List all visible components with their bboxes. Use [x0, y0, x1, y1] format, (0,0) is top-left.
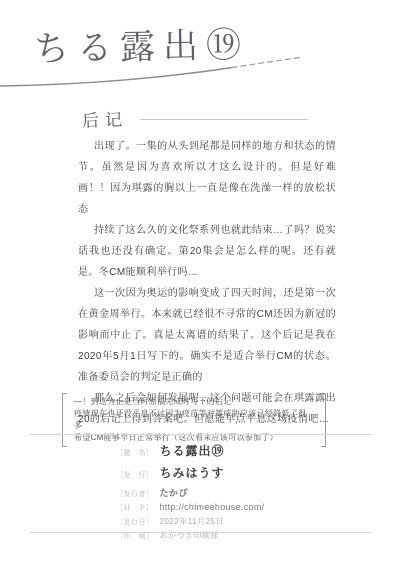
colophon-bottom-rule [30, 532, 372, 533]
colophon-label-date: ［发行日］ [116, 517, 154, 527]
heading-rule [140, 119, 308, 120]
note-line-2: 疫情现在也还没平息不过因为疫苗等对策威胁应该已经降低了很多 [74, 408, 314, 432]
colophon-value-homepage-url: http://chimeehouse.com/ [154, 502, 265, 512]
colophon-row-publisher: ［发 行］ ちみはうす [116, 464, 376, 481]
colophon-value-author: たかぴ [154, 486, 189, 499]
afterword-paragraph-3: 这一次因为奥运的影响变成了四天时间，还是第一次在黄金周举行。本来就已经很不寻常的… [78, 283, 336, 388]
colophon-label-author: ［发行者］ [116, 489, 154, 499]
colophon-label-title: ［题 名］ [116, 448, 154, 458]
note-line-1: —！到这为止是当时原稿完成时写下的后记 [74, 396, 314, 408]
update-note: —！到这为止是当时原稿完成时写下的后记 疫情现在也还没平息不过因为疫苗等对策威胁… [62, 393, 326, 447]
afterword-body: 出现了。一集的从头到尾都是同样的地方和状态的情节。虽然是因为喜欢所以才这么设计的… [78, 136, 336, 430]
hand-drawn-underline-icon [0, 50, 320, 95]
colophon-label-publisher: ［发 行］ [116, 470, 154, 480]
note-open-bracket [62, 393, 67, 447]
afterword-heading-row: 后记 [82, 106, 322, 132]
colophon-value-title: ちる露出⑲ [154, 442, 225, 459]
colophon-label-homepage: ［Ｈ Ｐ］ [116, 503, 154, 513]
colophon-row-date: ［发行日］ 2022年11月25日 [116, 516, 376, 527]
colophon-rows: ［题 名］ ちる露出⑲ ［发 行］ ちみはうす ［发行者］ たかぴ ［Ｈ Ｐ］ … [116, 442, 376, 544]
title-block: ちる露出⑲ [0, 0, 400, 100]
colophon-top-rule [30, 434, 372, 435]
colophon-row-homepage: ［Ｈ Ｐ］ http://chimeehouse.com/ [116, 502, 376, 513]
afterword-paragraph-2: 持续了这么久的文化祭系列也就此结束…了吗？说实话我也还没有确定。第20集会是怎么… [78, 220, 336, 283]
afterword-paragraph-1: 出现了。一集的从头到尾都是同样的地方和状态的情节。虽然是因为喜欢所以才这么设计的… [78, 136, 336, 220]
colophon-row-author: ［发行者］ たかぴ [116, 486, 376, 499]
afterword-page: ちる露出⑲ 后记 出现了。一集的从头到尾都是同样的地方和状态的情节。虽然是因为喜… [0, 0, 400, 565]
note-lines: —！到这为止是当时原稿完成时写下的后记 疫情现在也还没平息不过因为疫苗等对策威胁… [74, 393, 314, 447]
colophon-row-title: ［题 名］ ちる露出⑲ [116, 442, 376, 459]
afterword-heading: 后记 [82, 105, 129, 132]
note-close-bracket [321, 393, 326, 447]
colophon-value-publisher: ちみはうす [154, 464, 225, 481]
colophon-value-date: 2022年11月25日 [154, 516, 225, 527]
